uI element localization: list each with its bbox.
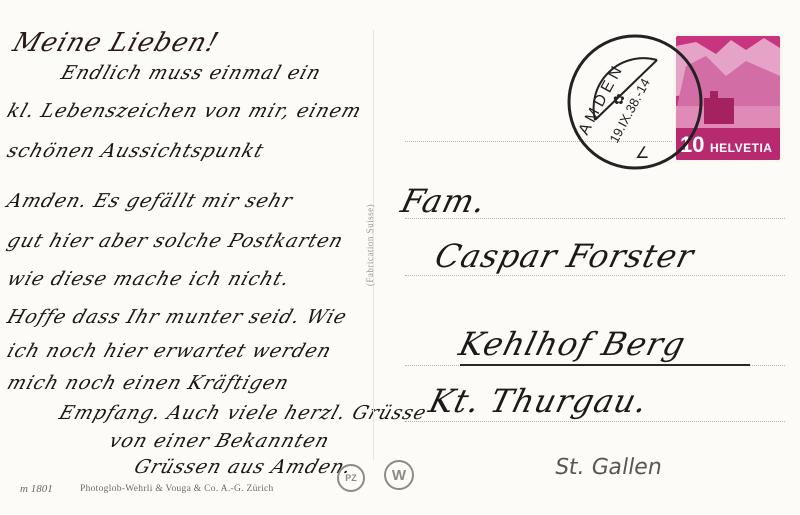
message-line: gut hier aber solche Postkarten: [4, 230, 346, 252]
message-line: mich noch einen Kräftigen: [4, 372, 292, 394]
address-line-4: Kt. Thurgau.: [425, 382, 652, 420]
postcard-back: Meine Lieben! Endlich muss einmal ein kl…: [0, 0, 800, 515]
postmark-icon: ✿ A M D E N 19.IX.38.-14 ∠: [565, 32, 705, 172]
address-line-1: Fam.: [397, 182, 490, 220]
message-line: wie diese mache ich nicht.: [4, 268, 293, 290]
message-line: Endlich muss einmal ein: [58, 62, 324, 84]
address-rule: [405, 421, 785, 422]
address-rule: [405, 275, 785, 276]
fabrication-label: (Fabrication Suisse): [365, 185, 375, 305]
stamp-country: HELVETIA: [710, 141, 772, 155]
card-number: m 1801: [20, 483, 53, 495]
address-line-2: Caspar Forster: [431, 237, 698, 275]
pz-logo-icon: PZ: [337, 464, 365, 492]
message-line: Amden. Es gefällt mir sehr: [4, 190, 295, 212]
message-line: von einer Bekannten: [106, 430, 332, 452]
address-underline: [460, 364, 750, 366]
message-line: kl. Lebenszeichen von mir, einem: [4, 100, 364, 122]
address-line-3: Kehlhof Berg: [455, 325, 689, 363]
message-greeting: Meine Lieben!: [9, 28, 223, 58]
svg-text:✿: ✿: [613, 91, 625, 107]
message-line: schönen Aussichtspunkt: [4, 140, 267, 162]
pencil-note: St. Gallen: [553, 455, 664, 480]
message-signature: Grüssen aus Amden.: [131, 456, 354, 478]
svg-text:∠: ∠: [635, 145, 649, 162]
message-line: ich noch hier erwartet werden: [4, 340, 334, 362]
publisher-imprint: Photoglob-Wehrli & Vouga & Co. A.-G. Zür…: [80, 484, 274, 494]
w-logo-icon: W: [384, 460, 414, 490]
message-line: Hoffe dass Ihr munter seid. Wie: [4, 306, 350, 328]
